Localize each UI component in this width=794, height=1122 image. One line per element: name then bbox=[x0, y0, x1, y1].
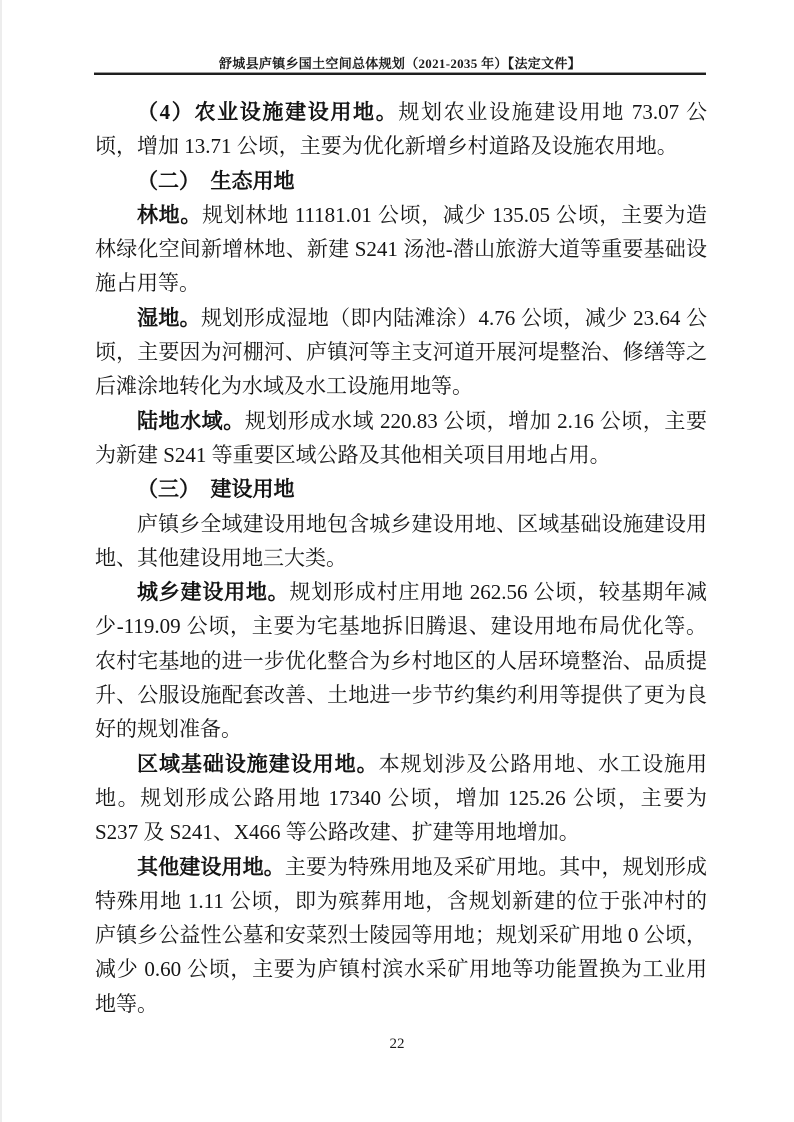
paragraph: 陆地水域。规划形成水域 220.83 公顷，增加 2.16 公顷，主要为新建 S… bbox=[95, 404, 707, 473]
paragraph-lead: 城乡建设用地。 bbox=[137, 580, 289, 604]
paragraph-lead: 陆地水域。 bbox=[137, 409, 245, 433]
paragraph-text: （三） 建设用地 bbox=[137, 477, 295, 501]
document-body: （4）农业设施建设用地。规划农业设施建设用地 73.07 公顷，增加 13.71… bbox=[95, 95, 707, 1021]
paragraph-lead: 区域基础设施建设用地。 bbox=[137, 752, 379, 776]
scan-edge bbox=[0, 0, 2, 1122]
header-title: 舒城县庐镇乡国土空间总体规划（2021-2035 年）【法定文件】 bbox=[94, 53, 706, 72]
paragraph: 区域基础设施建设用地。本规划涉及公路用地、水工设施用地。规划形成公路用地 173… bbox=[95, 747, 707, 850]
section-heading: （三） 建设用地 bbox=[95, 472, 707, 506]
paragraph-text: 庐镇乡全域建设用地包含城乡建设用地、区域基础设施建设用地、其他建设用地三大类。 bbox=[95, 512, 707, 570]
paragraph-text: （二） 生态用地 bbox=[137, 169, 295, 193]
paragraph: 庐镇乡全域建设用地包含城乡建设用地、区域基础设施建设用地、其他建设用地三大类。 bbox=[95, 507, 707, 576]
paragraph: 城乡建设用地。规划形成村庄用地 262.56 公顷，较基期年减少-119.09 … bbox=[95, 575, 707, 746]
paragraph-lead: 湿地。 bbox=[137, 306, 201, 330]
paragraph-lead: 其他建设用地。 bbox=[137, 855, 285, 879]
paragraph: （4）农业设施建设用地。规划农业设施建设用地 73.07 公顷，增加 13.71… bbox=[95, 95, 707, 164]
paragraph: 其他建设用地。主要为特殊用地及采矿用地。其中，规划形成特殊用地 1.11 公顷，… bbox=[95, 850, 707, 1021]
paragraph-text: 规划形成村庄用地 262.56 公顷，较基期年减少-119.09 公顷，主要为宅… bbox=[95, 580, 707, 741]
paragraph: 湿地。规划形成湿地（即内陆滩涂）4.76 公顷，减少 23.64 公顷，主要因为… bbox=[95, 301, 707, 404]
header-rule-thick-line bbox=[94, 73, 706, 75]
document-page: 舒城县庐镇乡国土空间总体规划（2021-2035 年）【法定文件】 （4）农业设… bbox=[0, 0, 794, 1122]
header-rule bbox=[94, 72, 706, 75]
section-heading: （二） 生态用地 bbox=[95, 164, 707, 198]
paragraph-lead: （4）农业设施建设用地。 bbox=[137, 100, 398, 124]
page-number: 22 bbox=[0, 1036, 794, 1053]
paragraph: 林地。规划林地 11181.01 公顷，减少 135.05 公顷，主要为造林绿化… bbox=[95, 198, 707, 301]
paragraph-lead: 林地。 bbox=[137, 203, 202, 227]
